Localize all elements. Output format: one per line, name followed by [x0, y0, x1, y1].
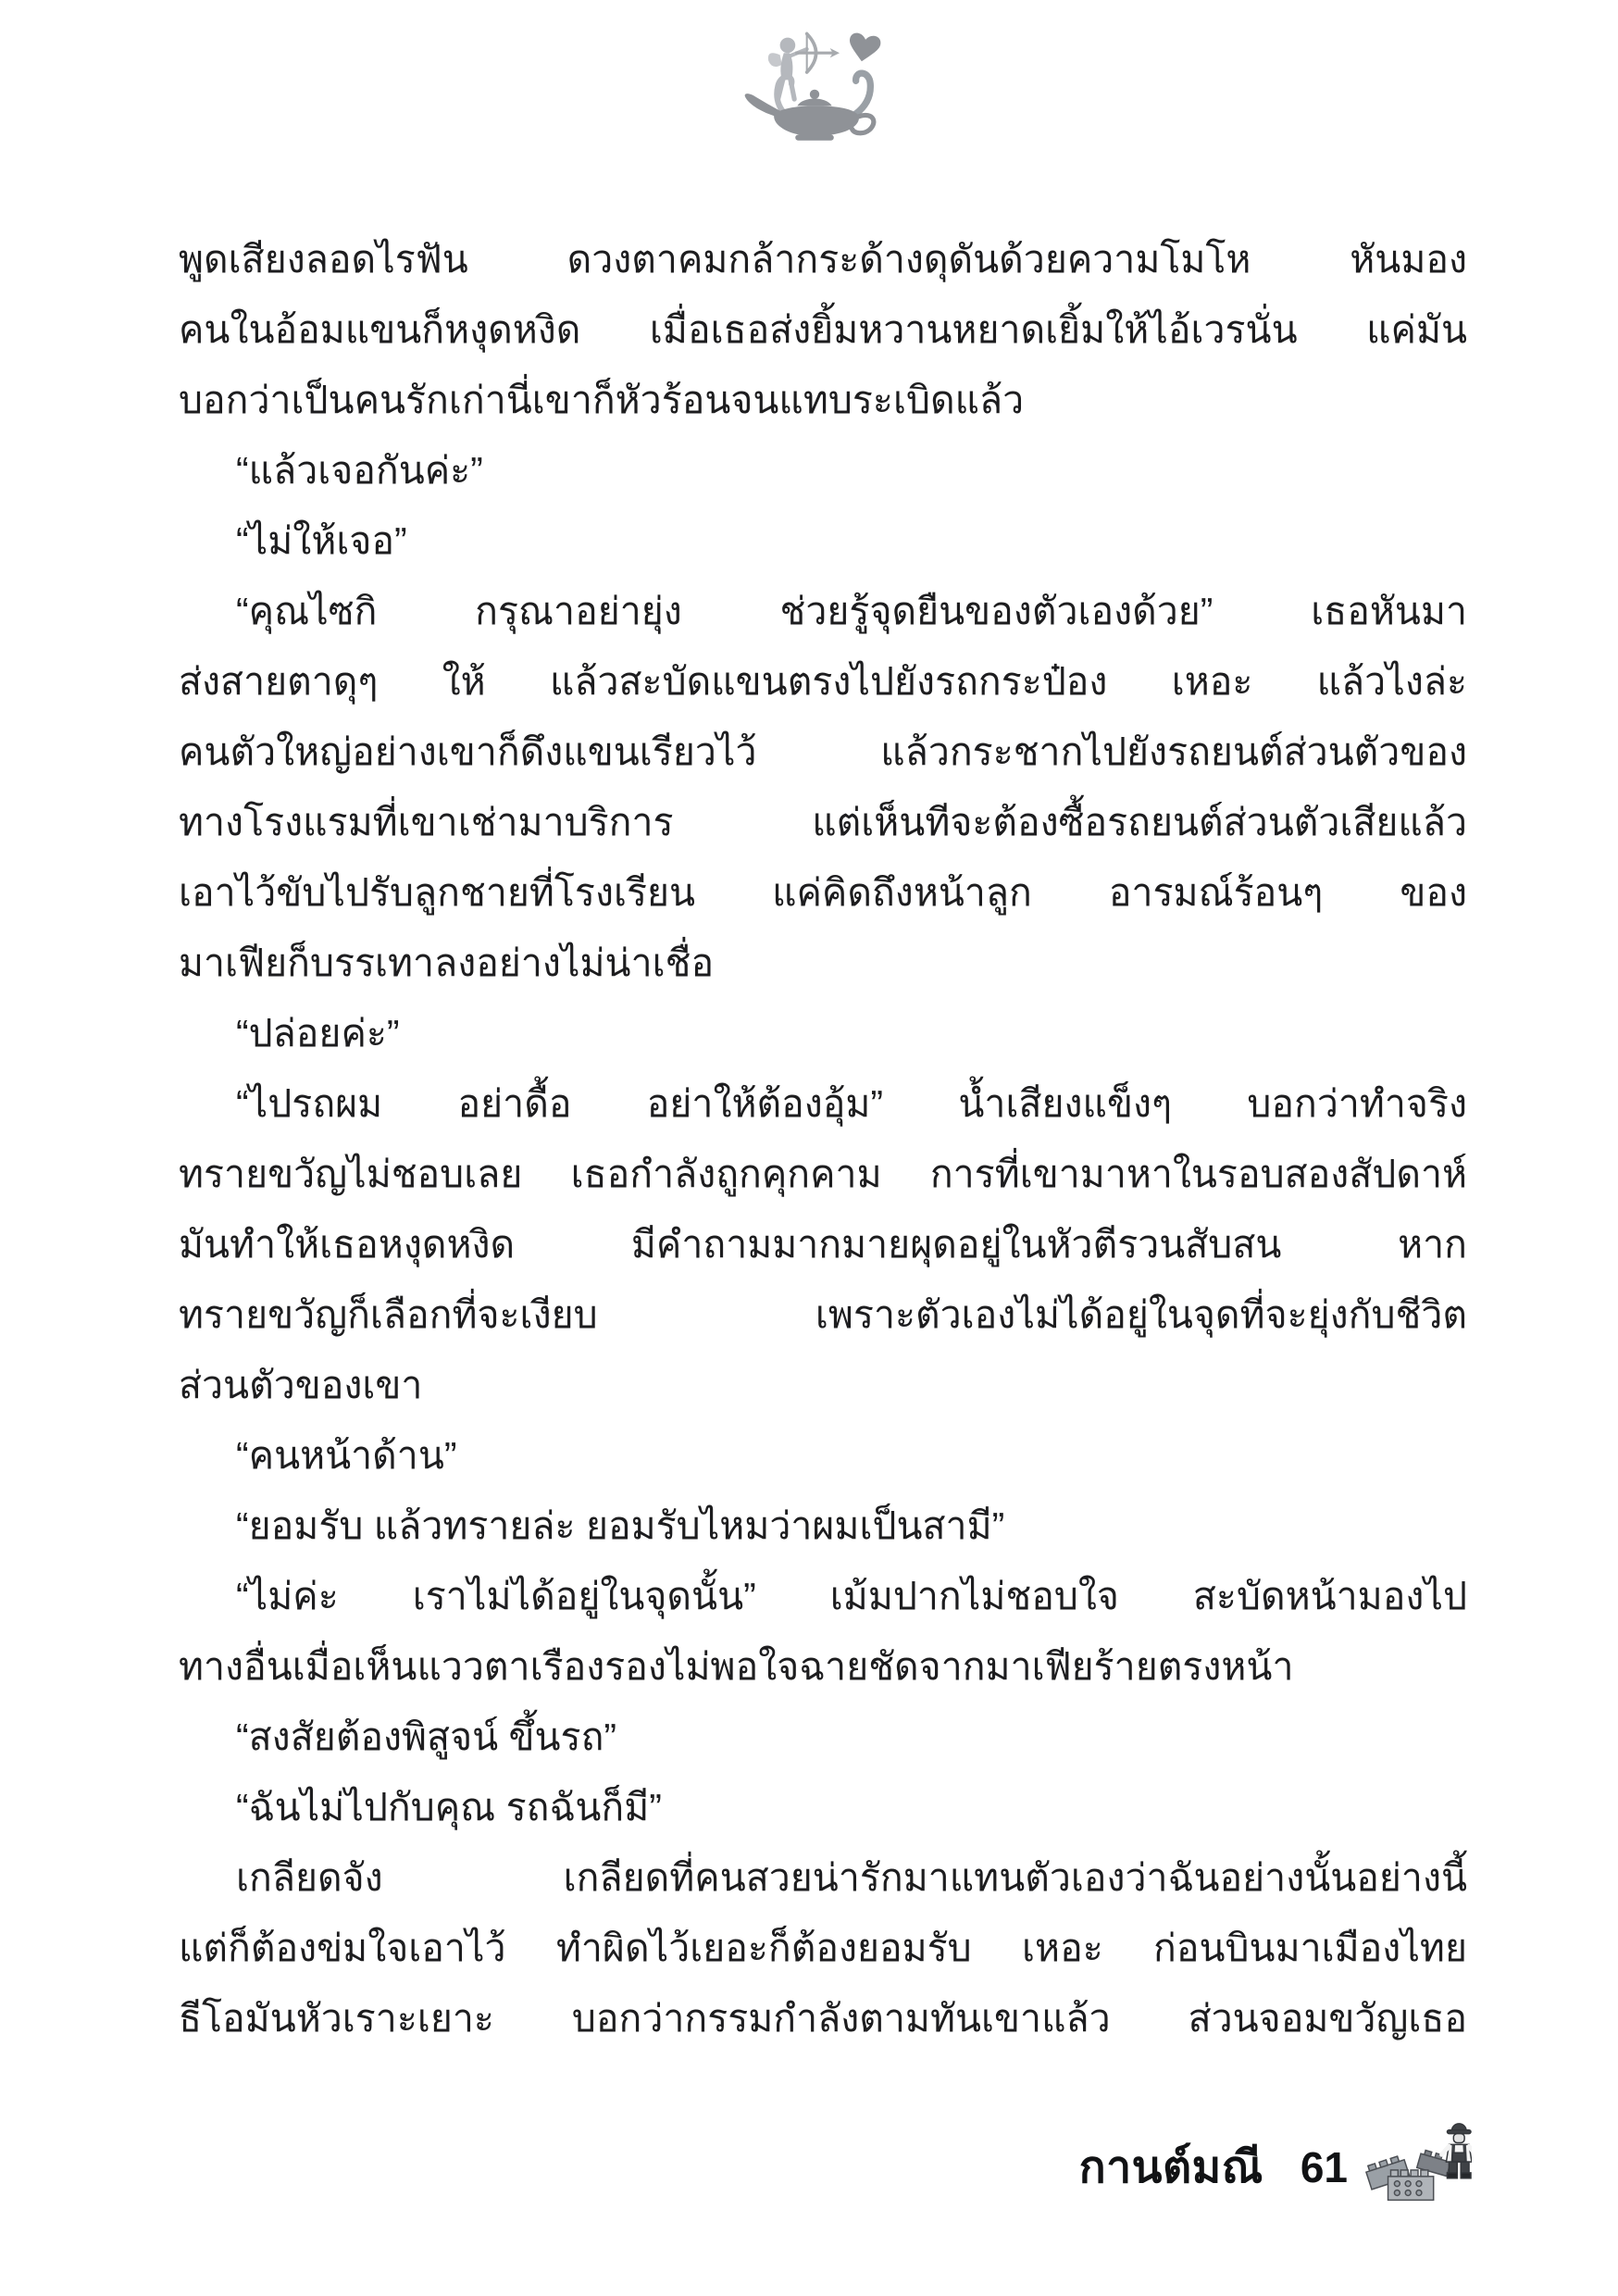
text-line: “คนหน้าด้าน”	[179, 1420, 1467, 1491]
text-line: “ยอมรับ แล้วทรายล่ะ ยอมรับไหมว่าผมเป็นสา…	[179, 1491, 1467, 1561]
text-line: “ปล่อยค่ะ”	[179, 998, 1467, 1068]
text-line: ทรายขวัญก็เลือกที่จะเงียบ เพราะตัวเองไม่…	[179, 1279, 1467, 1350]
heart-icon	[846, 31, 881, 64]
cupid-icon	[768, 33, 840, 99]
text-line: บอกว่าเป็นคนรักเก่านี่เขาก็หัวร้อนจนแทบร…	[179, 365, 1467, 435]
text-line: ทางอื่นเมื่อเห็นแววตาเรืองรองไม่พอใจฉายช…	[179, 1631, 1467, 1702]
text-line: ส่งสายตาดุๆ ให้ แล้วสะบัดแขนตรงไปยังรถกร…	[179, 646, 1467, 717]
text-line: มันทำให้เธอหงุดหงิด มีคำถามมากมายผุดอยู่…	[179, 1209, 1467, 1279]
text-line: ทรายขวัญไม่ชอบเลย เธอกำลังถูกคุกคาม การท…	[179, 1139, 1467, 1209]
text-line: “ไม่ค่ะ เราไม่ได้อยู่ในจุดนั้น” เม้มปากไ…	[179, 1561, 1467, 1631]
cupid-lamp-icon	[699, 22, 930, 147]
lego-bricks	[1364, 2149, 1451, 2200]
text-line: “ฉันไม่ไปกับคุณ รถฉันก็มี”	[179, 1772, 1467, 1842]
page-footer: กานต์มณี 61	[1079, 2115, 1472, 2219]
lego-builder-icon	[1363, 2116, 1472, 2218]
text-line: ทางโรงแรมที่เขาเช่ามาบริการ แต่เห็นทีจะต…	[179, 787, 1467, 857]
text-line: คนตัวใหญ่อย่างเขาก็ดึงแขนเรียวไว้ แล้วกร…	[179, 717, 1467, 787]
genie-lamp-icon	[745, 90, 874, 141]
header-ornament	[699, 22, 930, 147]
body-text: พูดเสียงลอดไรฟัน ดวงตาคมกล้ากระด้างดุดัน…	[179, 224, 1467, 2053]
text-line: “แล้วเจอกันค่ะ”	[179, 435, 1467, 505]
page-number: 61	[1301, 2142, 1348, 2192]
text-line: แต่ก็ต้องข่มใจเอาไว้ ทำผิดไว้เยอะก็ต้องย…	[179, 1913, 1467, 1983]
text-line: “คุณไซกิ กรุณาอย่ายุ่ง ช่วยรู้จุดยืนของต…	[179, 576, 1467, 646]
text-line: “ไปรถผม อย่าดื้อ อย่าให้ต้องอุ้ม” น้ำเสี…	[179, 1068, 1467, 1139]
text-line: “สงสัยต้องพิสูจน์ ขึ้นรถ”	[179, 1702, 1467, 1772]
lego-builder-illustration	[1363, 2116, 1472, 2218]
book-page: พูดเสียงลอดไรฟัน ดวงตาคมกล้ากระด้างดุดัน…	[0, 0, 1618, 2296]
text-line: เอาไว้ขับไปรับลูกชายที่โรงเรียน แค่คิดถึ…	[179, 857, 1467, 928]
text-line: พูดเสียงลอดไรฟัน ดวงตาคมกล้ากระด้างดุดัน…	[179, 224, 1467, 294]
text-line: เกลียดจัง เกลียดที่คนสวยน่ารักมาแทนตัวเอ…	[179, 1842, 1467, 1913]
book-title: กานต์มณี	[1079, 2132, 1263, 2202]
text-line: ส่วนตัวของเขา	[179, 1350, 1467, 1420]
text-line: มาเฟียก็บรรเทาลงอย่างไม่น่าเชื่อ	[179, 928, 1467, 998]
text-line: คนในอ้อมแขนก็หงุดหงิด เมื่อเธอส่งยิ้มหวา…	[179, 294, 1467, 365]
text-line: ธีโอมันหัวเราะเยาะ บอกว่ากรรมกำลังตามทัน…	[179, 1983, 1467, 2053]
text-line: “ไม่ให้เจอ”	[179, 505, 1467, 576]
